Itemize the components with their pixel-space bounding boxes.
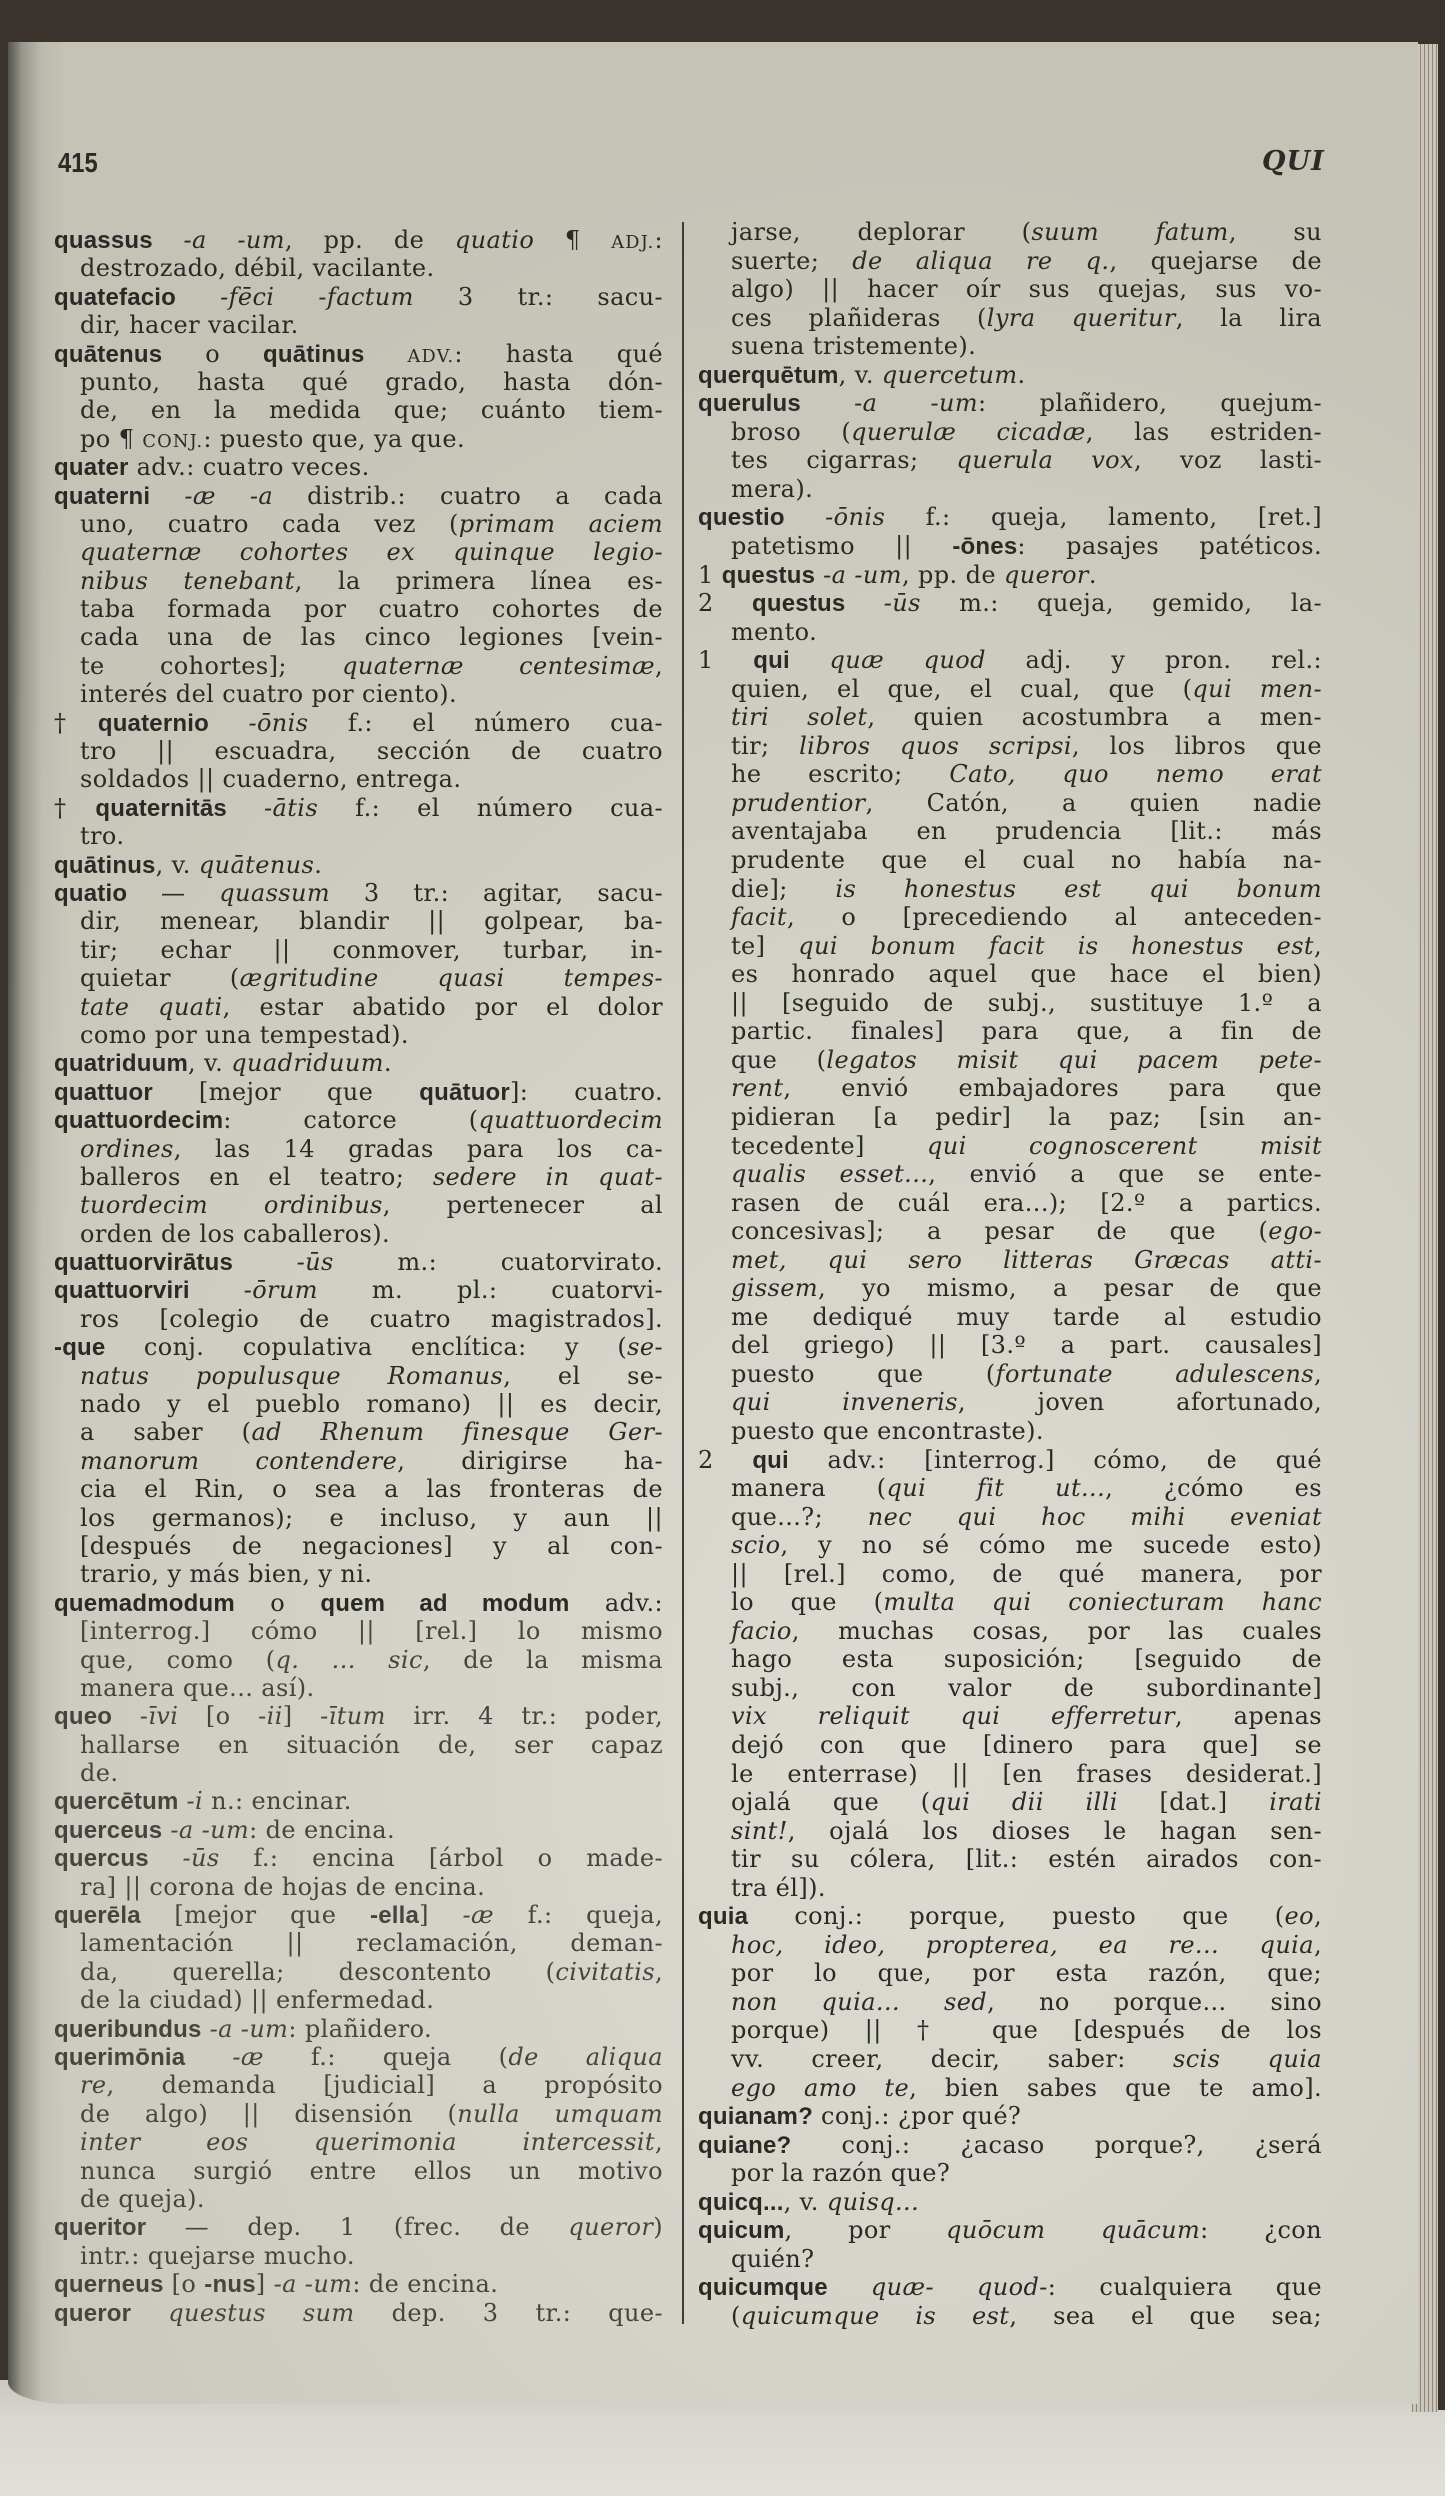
- latin-italic-text: qualis esset...: [731, 1160, 928, 1188]
- latin-italic-text: facit: [731, 903, 787, 931]
- entry-continuation-line: mento.: [698, 618, 1322, 647]
- definition-text: [190, 1276, 244, 1304]
- latin-italic-text: qui bonum facit is honestus est: [798, 932, 1314, 960]
- latin-italic-text: queror: [568, 2213, 653, 2241]
- entry-continuation-line: natus populusque Romanus, el se-: [54, 1362, 663, 1390]
- headword: quater: [54, 454, 129, 481]
- definition-text: vv. creer, decir, saber:: [731, 2045, 1173, 2073]
- entry-continuation-line: ces plañideras (lyra queritur, la lira: [698, 304, 1322, 333]
- entry-continuation-line: sint!, ojalá los dioses le hagan sen-: [698, 1817, 1322, 1846]
- definition-text: , sea el que sea;: [1009, 2302, 1322, 2330]
- latin-italic-text: libros quos scripsi: [799, 732, 1072, 760]
- latin-italic-text: tiri solet: [731, 703, 867, 731]
- definition-text: adj. y pron. rel.:: [986, 646, 1322, 674]
- entry-line: quātinus, v. quātenus.: [54, 851, 663, 879]
- definition-text: †: [54, 709, 98, 737]
- entry-continuation-line: patetismo || -ōnes: pasajes patéticos.: [698, 532, 1322, 561]
- headword: querneus: [54, 2271, 164, 2298]
- headword: qui: [753, 647, 790, 674]
- definition-text: die];: [731, 875, 835, 903]
- definition-text: del griego) || [3.º a part. causales]: [731, 1331, 1322, 1359]
- definition-text: de queja).: [80, 2185, 205, 2213]
- entry-continuation-line: puesto que (fortunate adulescens,: [698, 1360, 1322, 1389]
- definition-text: por la razón que?: [731, 2159, 950, 2187]
- entry-line: quercētum -i n.: encinar.: [54, 1787, 663, 1815]
- definition-text: m.: queja, gemido, la-: [921, 589, 1322, 617]
- latin-italic-text: -a -um: [274, 2270, 353, 2298]
- definition-text: : hasta qué: [454, 340, 663, 368]
- headword: querulus: [698, 390, 801, 417]
- latin-italic-text: Cato, quo nemo erat: [949, 760, 1322, 788]
- latin-italic-text: -ūs: [297, 1248, 334, 1276]
- latin-italic-text: irati: [1269, 1788, 1322, 1816]
- entry-continuation-line: tes cigarras; querula vox, voz lasti-: [698, 446, 1322, 475]
- entry-continuation-line: suena tristemente).: [698, 332, 1322, 361]
- headword: quicumque: [698, 2274, 828, 2301]
- definition-text: le enterrase) || [en frases desiderat.]: [731, 1760, 1322, 1788]
- entry-continuation-line: cada una de las cinco legiones [vein-: [54, 623, 663, 651]
- definition-text: [202, 2015, 210, 2043]
- entry-continuation-line: suerte; de aliqua re q., quejarse de: [698, 247, 1322, 276]
- definition-text: [mejor que: [141, 1901, 370, 1929]
- entry-line: quattuordecim: catorce (quattuordecim: [54, 1106, 663, 1134]
- definition-text: por lo que, por esta razón, que;: [731, 1959, 1322, 1987]
- definition-text: , yo mismo, a pesar de que: [818, 1274, 1322, 1302]
- definition-text: [112, 1702, 140, 1730]
- definition-text: he escrito;: [731, 760, 949, 788]
- headword: querquētum: [698, 362, 839, 389]
- definition-text: , quejarse de: [1109, 247, 1322, 275]
- latin-italic-text: -a -um: [210, 2015, 289, 2043]
- definition-text: f.: queja, lamento, [ret.]: [885, 503, 1322, 531]
- definition-text: destrozado, débil, vacilante.: [80, 254, 435, 282]
- definition-text: 3 tr.: sacu-: [414, 283, 663, 311]
- definition-text: .: [314, 851, 322, 879]
- entry-line: quianam? conj.: ¿por qué?: [698, 2102, 1322, 2131]
- entry-line: quiane? conj.: ¿acaso porque?, ¿será: [698, 2131, 1322, 2160]
- definition-text: :: [655, 226, 664, 254]
- definition-text: , pp. de: [285, 226, 455, 254]
- definition-text: subj., con valor de subordinante]: [731, 1674, 1322, 1702]
- entry-continuation-line: ojalá que (qui dii illi [dat.] irati: [698, 1788, 1322, 1817]
- entry-continuation-line: re, demanda [judicial] a propósito: [54, 2071, 663, 2099]
- definition-text: [149, 1844, 183, 1872]
- latin-italic-text: qui inveneris: [731, 1388, 958, 1416]
- headword: quātinus: [54, 852, 156, 879]
- entry-line: quemadmodum o quem ad modum adv.:: [54, 1589, 663, 1617]
- definition-text: , pertenecer al: [383, 1191, 663, 1219]
- entry-continuation-line: gissem, yo mismo, a pesar de que: [698, 1274, 1322, 1303]
- entry-continuation-line: prudente que el cual no había na-: [698, 846, 1322, 875]
- definition-text: , las estriden-: [1086, 418, 1322, 446]
- entry-continuation-line: mera).: [698, 475, 1322, 504]
- entry-continuation-line: non quia... sed, no porque... sino: [698, 1988, 1322, 2017]
- latin-italic-text: tate quati: [80, 993, 223, 1021]
- definition-text: te cohortes];: [80, 652, 342, 680]
- entry-continuation-line: que, como (q. ... sic, de la misma: [54, 1646, 663, 1674]
- definition-text: conj.: porque, puesto que (: [748, 1902, 1284, 1930]
- definition-text: ojalá que (: [731, 1788, 931, 1816]
- entry-continuation-line: destrozado, débil, vacilante.: [54, 254, 663, 282]
- headword: -ella: [370, 1902, 419, 1929]
- latin-italic-text: quadriduum: [231, 1049, 384, 1077]
- entry-continuation-line: de.: [54, 1759, 663, 1787]
- headword: -nus: [204, 2271, 255, 2298]
- definition-text: adv.:: [570, 1589, 663, 1617]
- entry-continuation-line: || [rel.] como, de qué manera, por: [698, 1560, 1322, 1589]
- definition-text: puesto que (: [731, 1360, 996, 1388]
- entry-continuation-line: ordines, las 14 gradas para los ca-: [54, 1135, 663, 1163]
- latin-italic-text: ego-: [1268, 1217, 1322, 1245]
- headword: quattuor: [54, 1079, 153, 1106]
- entry-continuation-line: vix reliquit qui efferretur, apenas: [698, 1702, 1322, 1731]
- definition-text: [después de negaciones] y al con-: [80, 1532, 663, 1560]
- entry-line: querneus [o -nus] -a -um: de encina.: [54, 2270, 663, 2298]
- definition-text: quien, el que, el cual, que (: [731, 675, 1192, 703]
- definition-text: ]: [256, 2270, 274, 2298]
- latin-italic-text: manorum contendere: [80, 1447, 397, 1475]
- latin-italic-text: -ii: [258, 1702, 283, 1730]
- definition-text: aventajaba en prudencia [lit.: más: [731, 817, 1322, 845]
- entry-continuation-line: de la ciudad) || enfermedad.: [54, 1986, 663, 2014]
- definition-text: cada una de las cinco legiones [vein-: [80, 623, 663, 651]
- definition-text: conj.: ¿acaso porque?, ¿será: [791, 2131, 1322, 2159]
- latin-italic-text: questus sum: [168, 2299, 354, 2327]
- definition-text: 2: [698, 589, 752, 617]
- definition-text: [o: [164, 2270, 205, 2298]
- latin-italic-text: is honestus est qui bonum: [835, 875, 1322, 903]
- headword: quemadmodum: [54, 1590, 235, 1617]
- entry-line: quercus -ūs f.: encina [árbol o made-: [54, 1844, 663, 1872]
- definition-text: hallarse en situación de, ser capaz: [80, 1731, 663, 1759]
- latin-italic-text: hoc, ideo, propterea, ea re... quia: [731, 1931, 1314, 1959]
- latin-italic-text: re: [80, 2071, 106, 2099]
- definition-text: : catorce (: [223, 1106, 478, 1134]
- entry-continuation-line: lo que (multa qui coniecturam hanc: [698, 1588, 1322, 1617]
- definition-text: [828, 2273, 871, 2301]
- entry-line: querulus -a -um: plañidero, quejum-: [698, 389, 1322, 418]
- entry-continuation-line: trario, y más bien, y ni.: [54, 1560, 663, 1588]
- definition-text: da, querella; descontento (: [80, 1958, 555, 1986]
- definition-text: || [rel.] como, de qué manera, por: [731, 1560, 1322, 1588]
- latin-italic-text: tuordecim ordinibus: [80, 1191, 383, 1219]
- latin-italic-text: quicumque is est: [741, 2302, 1010, 2330]
- definition-text: [845, 589, 883, 617]
- column-divider: [682, 222, 684, 2324]
- definition-text: ra] || corona de hojas de encina.: [80, 1873, 485, 1901]
- latin-italic-text: querulæ cicadæ: [851, 418, 1086, 446]
- definition-text: , muchas cosas, por las cuales: [792, 1617, 1322, 1645]
- definition-text: f.: queja (: [264, 2043, 509, 2071]
- definition-text: m. pl.: cuatorvi-: [318, 1276, 663, 1304]
- entry-continuation-line: taba formada por cuatro cohortes de: [54, 595, 663, 623]
- entry-continuation-line: del griego) || [3.º a part. causales]: [698, 1331, 1322, 1360]
- entry-line: quicumque quæ- quod-: cualquiera que: [698, 2273, 1322, 2302]
- definition-text: lo que (: [731, 1588, 883, 1616]
- latin-italic-text: -ātis: [264, 794, 318, 822]
- entry-continuation-line: manera (qui fit ut..., ¿cómo es: [698, 1474, 1322, 1503]
- definition-text: tes cigarras;: [731, 446, 956, 474]
- headword: quātinus: [263, 341, 365, 368]
- entry-continuation-line: vv. creer, decir, saber: scis quia: [698, 2045, 1322, 2074]
- headword: -ōnes: [952, 533, 1017, 560]
- definition-text: [785, 503, 825, 531]
- definition-text: , demanda [judicial] a propósito: [106, 2071, 663, 2099]
- definition-text: po ¶: [80, 425, 142, 453]
- entry-line: 1 questus -a -um, pp. de queror.: [698, 561, 1322, 590]
- latin-italic-text: queror: [1004, 561, 1089, 589]
- entry-line: questio -ōnis f.: queja, lamento, [ret.]: [698, 503, 1322, 532]
- definition-text: , v.: [839, 361, 882, 389]
- latin-italic-text: de aliqua: [508, 2043, 663, 2071]
- definition-text: [131, 2299, 168, 2327]
- latin-italic-text: scio: [731, 1531, 780, 1559]
- definition-text: conj.: ¿por qué?: [813, 2102, 1021, 2130]
- definition-text: prudente que el cual no había na-: [731, 846, 1322, 874]
- definition-text: tro || escuadra, sección de cuatro: [80, 737, 663, 765]
- entry-continuation-line: da, querella; descontento (civitatis,: [54, 1958, 663, 1986]
- definition-text: ces plañideras (: [731, 304, 987, 332]
- definition-text: ]: cuatro.: [510, 1078, 663, 1106]
- entry-line: queribundus -a -um: plañidero.: [54, 2015, 663, 2043]
- entry-continuation-line: partic. finales] para que, a fin de: [698, 1017, 1322, 1046]
- definition-text: [interrog.] cómo || [rel.] lo mismo: [80, 1617, 663, 1645]
- entry-continuation-line: me dediqué muy tarde al estudio: [698, 1303, 1322, 1332]
- entry-line: quassus -a -um, pp. de quatio ¶ ADJ.:: [54, 226, 663, 254]
- entry-line: queo -īvi [o -ii] -ītum irr. 4 tr.: pode…: [54, 1702, 663, 1730]
- definition-text: ,: [1314, 1902, 1322, 1930]
- entry-continuation-line: uno, cuatro cada vez (primam aciem: [54, 510, 663, 538]
- latin-italic-text: rent: [731, 1074, 783, 1102]
- entry-continuation-line: tuordecim ordinibus, pertenecer al: [54, 1191, 663, 1219]
- latin-italic-text: prudentior: [731, 789, 866, 817]
- latin-italic-text: nulla umquam: [457, 2100, 663, 2128]
- entry-line: quicq..., v. quisq...: [698, 2188, 1322, 2217]
- left-column: quassus -a -um, pp. de quatio ¶ ADJ.:des…: [54, 226, 663, 2327]
- entry-line: querēla [mejor que -ella] -æ f.: queja,: [54, 1901, 663, 1929]
- definition-text: , los libros que: [1072, 732, 1322, 760]
- definition-text: .: [384, 1049, 392, 1077]
- definition-text: n.: encinar.: [203, 1787, 352, 1815]
- headword: quercētum: [54, 1788, 179, 1815]
- definition-text: , dirigirse ha-: [397, 1447, 663, 1475]
- entry-continuation-line: puesto que encontraste).: [698, 1417, 1322, 1446]
- entry-continuation-line: tate quati, estar abatido por el dolor: [54, 993, 663, 1021]
- definition-text: f.: queja,: [494, 1901, 663, 1929]
- entry-line: quattuorviri -ōrum m. pl.: cuatorvi-: [54, 1276, 663, 1304]
- latin-italic-text: -æ: [462, 1901, 493, 1929]
- entry-continuation-line: ra] || corona de hojas de encina.: [54, 1873, 663, 1901]
- definition-text: , envió embajadores para que: [783, 1074, 1322, 1102]
- entry-line: 2 qui adv.: [interrog.] cómo, de qué: [698, 1446, 1322, 1475]
- entry-continuation-line: cia el Rin, o sea a las fronteras de: [54, 1475, 663, 1503]
- headword: qui: [752, 1447, 789, 1474]
- entry-continuation-line: subj., con valor de subordinante]: [698, 1674, 1322, 1703]
- entry-continuation-line: tecedente] qui cognoscerent misit: [698, 1132, 1322, 1161]
- definition-text: : plañidero, quejum-: [978, 389, 1322, 417]
- entry-continuation-line: tro || escuadra, sección de cuatro: [54, 737, 663, 765]
- entry-line: quatefacio -fēci -factum 3 tr.: sacu-: [54, 283, 663, 311]
- definition-text: orden de los caballeros).: [80, 1220, 390, 1248]
- right-column: jarse, deplorar (suum fatum, susuerte; d…: [698, 218, 1322, 2330]
- latin-italic-text: quisq...: [827, 2188, 919, 2216]
- entry-continuation-line: [después de negaciones] y al con-: [54, 1532, 663, 1560]
- latin-italic-text: non quia... sed: [731, 1988, 987, 2016]
- latin-italic-text: vix reliquit qui efferretur: [731, 1702, 1175, 1730]
- definition-text: tecedente]: [731, 1132, 927, 1160]
- entry-continuation-line: prudentior, Catón, a quien nadie: [698, 789, 1322, 818]
- latin-italic-text: civitatis: [555, 1958, 655, 1986]
- definition-text: como por una tempestad).: [80, 1021, 409, 1049]
- latin-italic-text: quattuordecim: [479, 1106, 663, 1134]
- definition-text: uno, cuatro cada vez (: [80, 510, 459, 538]
- latin-italic-text: se-: [627, 1333, 663, 1361]
- definition-text: || [seguido de subj., sustituye 1.º a: [731, 989, 1322, 1017]
- entry-line: queror questus sum dep. 3 tr.: que-: [54, 2299, 663, 2327]
- entry-continuation-line: ego amo te, bien sabes que te amo].: [698, 2074, 1322, 2103]
- entry-line: queritor — dep. 1 (frec. de queror): [54, 2213, 663, 2241]
- entry-continuation-line: tro.: [54, 822, 663, 850]
- entry-continuation-line: tiri solet, quien acostumbra a men-: [698, 703, 1322, 732]
- entry-continuation-line: broso (querulæ cicadæ, las estriden-: [698, 418, 1322, 447]
- latin-italic-text: qui men-: [1192, 675, 1322, 703]
- headword: quatio: [54, 880, 127, 907]
- definition-text: ,: [655, 2128, 663, 2156]
- latin-italic-text: quātenus: [199, 851, 314, 879]
- definition-text: , y no sé cómo me sucede esto): [780, 1531, 1322, 1559]
- definition-text: 1: [698, 646, 753, 674]
- latin-italic-text: inter eos querimonia intercessit: [80, 2128, 655, 2156]
- definition-text: ,: [1314, 1360, 1322, 1388]
- definition-text: tra él]).: [731, 1874, 826, 1902]
- entry-line: quatio — quassum 3 tr.: agitar, sacu-: [54, 879, 663, 907]
- entry-continuation-line: aventajaba en prudencia [lit.: más: [698, 817, 1322, 846]
- definition-text: [153, 226, 184, 254]
- headword: -que: [54, 1334, 105, 1361]
- entry-continuation-line: por lo que, por esta razón, que;: [698, 1959, 1322, 1988]
- latin-italic-text: quassum: [219, 879, 330, 907]
- definition-text: tro.: [80, 822, 124, 850]
- entry-line: quater adv.: cuatro veces.: [54, 453, 663, 481]
- entry-continuation-line: tra él]).: [698, 1874, 1322, 1903]
- entry-continuation-line: manorum contendere, dirigirse ha-: [54, 1447, 663, 1475]
- latin-italic-text: met, qui sero litteras Græcas atti-: [731, 1246, 1322, 1274]
- definition-text: f.: el número cua-: [308, 709, 663, 737]
- latin-italic-text: facio: [731, 1617, 792, 1645]
- headword: quātuor: [419, 1079, 510, 1106]
- definition-text: , su: [1229, 218, 1322, 246]
- entry-continuation-line: quaternæ cohortes ex quinque legio-: [54, 538, 663, 566]
- headword: queo: [54, 1703, 112, 1730]
- definition-text: dir, menear, blandir || golpear, ba-: [80, 907, 663, 935]
- entry-continuation-line: por la razón que?: [698, 2159, 1322, 2188]
- definition-text: — dep. 1 (frec. de: [146, 2213, 568, 2241]
- entry-continuation-line: de, en la medida que; cuánto tiem-: [54, 396, 663, 424]
- definition-text: soldados || cuaderno, entrega.: [80, 765, 461, 793]
- entry-continuation-line: balleros en el teatro; sedere in quat-: [54, 1163, 663, 1191]
- definition-text: me dediqué muy tarde al estudio: [731, 1303, 1322, 1331]
- latin-italic-text: ægritudine quasi tempes-: [240, 964, 663, 992]
- definition-text: dejó con que [dinero para que] se: [731, 1731, 1322, 1759]
- latin-italic-text: -a -um: [170, 1816, 249, 1844]
- entry-continuation-line: po ¶ CONJ.: puesto que, ya que.: [54, 425, 663, 453]
- entry-line: quicum, por quōcum quācum: ¿con: [698, 2216, 1322, 2245]
- entry-line: querquētum, v. quercetum.: [698, 361, 1322, 390]
- headword: quem ad modum: [320, 1590, 569, 1617]
- definition-text: patetismo ||: [731, 532, 952, 560]
- definition-text: [150, 482, 184, 510]
- headword: quatefacio: [54, 284, 176, 311]
- definition-text: que...?;: [731, 1503, 868, 1531]
- definition-text: tir su cólera, [lit.: estén airados con-: [731, 1845, 1322, 1873]
- definition-text: f.: el número cua-: [318, 794, 663, 822]
- headword: queritor: [54, 2214, 146, 2241]
- latin-italic-text: sint!: [731, 1817, 788, 1845]
- definition-text: mento.: [731, 618, 817, 646]
- definition-text: , bien sabes que te amo].: [909, 2074, 1322, 2102]
- latin-italic-text: -ōnis: [825, 503, 885, 531]
- entry-continuation-line: die]; is honestus est qui bonum: [698, 875, 1322, 904]
- definition-text: †: [54, 794, 95, 822]
- definition-text: distrib.: cuatro a cada: [273, 482, 663, 510]
- entry-continuation-line: los germanos); e incluso, y aun ||: [54, 1504, 663, 1532]
- definition-text: .: [1018, 361, 1026, 389]
- definition-text: [176, 283, 220, 311]
- definition-text: intr.: quejarse mucho.: [80, 2242, 355, 2270]
- headword: quianam?: [698, 2103, 813, 2130]
- definition-text: , el se-: [503, 1362, 663, 1390]
- definition-text: ]: [419, 1901, 462, 1929]
- definition-text: .: [1089, 561, 1097, 589]
- definition-text: a saber (: [80, 1418, 251, 1446]
- definition-text: , pp. de: [902, 561, 1004, 589]
- definition-text: te]: [731, 932, 798, 960]
- latin-italic-text: ad Rhenum finesque Ger-: [251, 1418, 663, 1446]
- headword: quicq...: [698, 2189, 784, 2216]
- latin-italic-text: -ūs: [183, 1844, 220, 1872]
- entry-continuation-line: te] qui bonum facit is honestus est,: [698, 932, 1322, 961]
- definition-text: , apenas: [1175, 1702, 1322, 1730]
- entry-line: quattuor [mejor que quātuor]: cuatro.: [54, 1078, 663, 1106]
- definition-text: [801, 389, 854, 417]
- latin-italic-text: quaternæ cohortes ex quinque legio-: [80, 538, 663, 566]
- definition-text: : ¿con: [1200, 2216, 1322, 2244]
- entry-line: †quaternio -ōnis f.: el número cua-: [54, 709, 663, 737]
- entry-continuation-line: nibus tenebant, la primera línea es-: [54, 567, 663, 595]
- definition-text: algo) || hacer oír sus quejas, sus vo-: [731, 275, 1322, 303]
- entry-continuation-line: a saber (ad Rhenum finesque Ger-: [54, 1418, 663, 1446]
- grammar-label: ADJ.: [611, 233, 654, 253]
- definition-text: , no porque... sino: [987, 1988, 1322, 2016]
- latin-italic-text: -a -um: [183, 226, 284, 254]
- entry-continuation-line: ros [colegio de cuatro magistrados].: [54, 1305, 663, 1333]
- definition-text: : puesto que, ya que.: [203, 425, 465, 453]
- entry-continuation-line: de queja).: [54, 2185, 663, 2213]
- headword: queror: [54, 2300, 131, 2327]
- entry-continuation-line: he escrito; Cato, quo nemo erat: [698, 760, 1322, 789]
- definition-text: de, en la medida que; cuánto tiem-: [80, 396, 663, 424]
- definition-text: [179, 1787, 187, 1815]
- entry-continuation-line: nado y el pueblo romano) || es decir,: [54, 1390, 663, 1418]
- latin-italic-text: multa qui coniecturam hanc: [883, 1588, 1322, 1616]
- entry-continuation-line: tir; echar || conmover, turbar, in-: [54, 936, 663, 964]
- definition-text: partic. finales] para que, a fin de: [731, 1017, 1322, 1045]
- entry-continuation-line: le enterrase) || [en frases desiderat.]: [698, 1760, 1322, 1789]
- entry-continuation-line: quietar (ægritudine quasi tempes-: [54, 964, 663, 992]
- definition-text: , Catón, a quien nadie: [866, 789, 1322, 817]
- definition-text: 3 tr.: agitar, sacu-: [330, 879, 663, 907]
- definition-text: ]: [283, 1702, 320, 1730]
